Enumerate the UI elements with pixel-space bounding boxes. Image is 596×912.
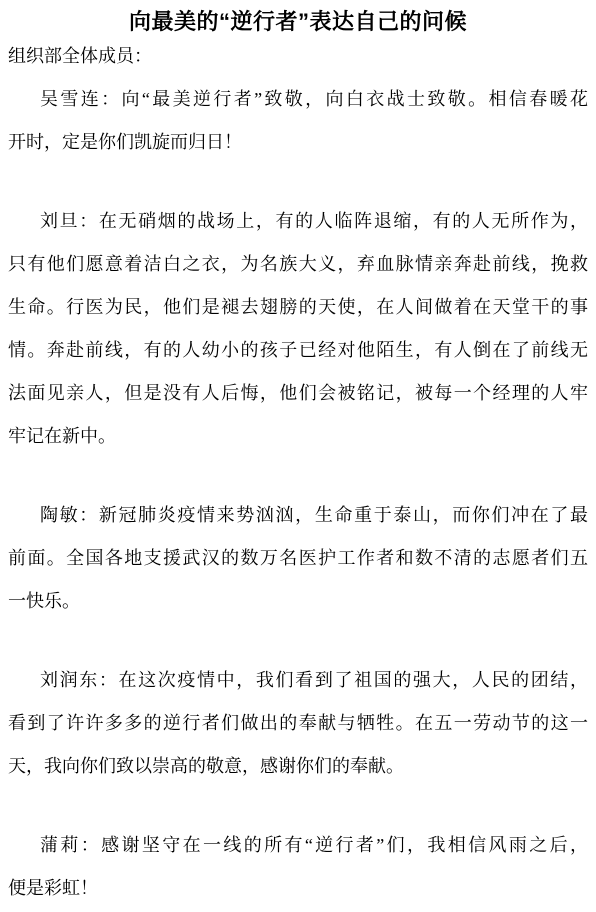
paragraph-line: 吴雪连：向“最美逆行者”致敬，向白衣战士致敬。相信春暖花 [8,78,588,121]
paragraph-wuxuelian: 吴雪连：向“最美逆行者”致敬，向白衣战士致敬。相信春暖花 开时，定是你们凯旋而归… [8,78,588,164]
paragraph-line: 看到了许许多多的逆行者们做出的奉献与牺牲。在五一劳动节的这一 [8,702,588,745]
paragraph-line: 只有他们愿意着洁白之衣，为名族大义，弃血脉情亲奔赴前线，挽救 [8,243,588,286]
paragraph-line: 刘润东：在这次疫情中，我们看到了祖国的强大，人民的团结， [8,659,588,702]
paragraph-line: 一快乐。 [8,580,588,623]
paragraph-line: 前面。全国各地支援武汉的数万名医护工作者和数不清的志愿者们五 [8,537,588,580]
paragraph-line: 蒲莉：感谢坚守在一线的所有“逆行者”们，我相信风雨之后， [8,824,588,867]
paragraph-line: 便是彩虹！ [8,867,588,910]
paragraph-liurundong: 刘润东：在这次疫情中，我们看到了祖国的强大，人民的团结， 看到了许许多多的逆行者… [8,659,588,788]
paragraph-line: 陶敏：新冠肺炎疫情来势汹汹，生命重于泰山，而你们冲在了最 [8,494,588,537]
paragraph-line: 法面见亲人，但是没有人后悔，他们会被铭记，被每一个经理的人牢 [8,372,588,415]
paragraph-line: 生命。行医为民，他们是褪去翅膀的天使，在人间做着在天堂干的事 [8,286,588,329]
salutation-line: 组织部全体成员： [8,35,588,78]
paragraph-line: 牢记在新中。 [8,415,588,458]
paragraph-line: 刘旦：在无硝烟的战场上，有的人临阵退缩，有的人无所作为， [8,200,588,243]
document-page: 向最美的“逆行者”表达自己的问候 组织部全体成员： 吴雪连：向“最美逆行者”致敬… [0,0,596,912]
document-title: 向最美的“逆行者”表达自己的问候 [8,0,588,35]
paragraph-puli: 蒲莉：感谢坚守在一线的所有“逆行者”们，我相信风雨之后， 便是彩虹！ [8,824,588,910]
paragraph-line: 天，我向你们致以崇高的敬意，感谢你们的奉献。 [8,745,588,788]
paragraph-taomin: 陶敏：新冠肺炎疫情来势汹汹，生命重于泰山，而你们冲在了最 前面。全国各地支援武汉… [8,494,588,623]
paragraph-line: 情。奔赴前线，有的人幼小的孩子已经对他陌生，有人倒在了前线无 [8,329,588,372]
paragraph-line: 开时，定是你们凯旋而归日！ [8,121,588,164]
paragraph-liudan: 刘旦：在无硝烟的战场上，有的人临阵退缩，有的人无所作为， 只有他们愿意着洁白之衣… [8,200,588,458]
